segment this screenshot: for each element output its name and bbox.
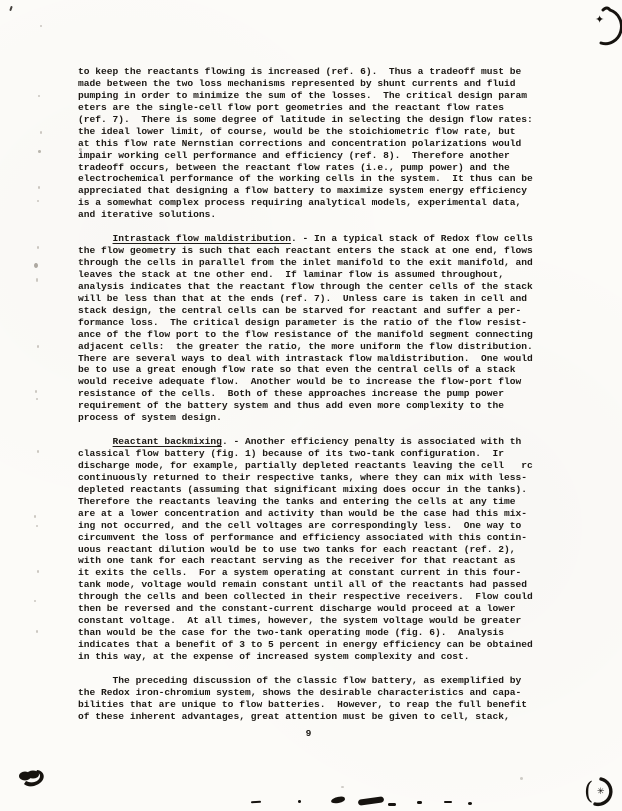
scan-speck (80, 259, 83, 262)
ink-smudge (358, 796, 385, 806)
text-line: (ref. 7). There is some degree of latitu… (78, 114, 548, 126)
text-line: formance loss. The critical design param… (78, 317, 548, 329)
bottom-left-ink-blot (16, 768, 56, 794)
ink-smudge (388, 803, 396, 806)
text-line: would receive adequate flow. Another wou… (78, 376, 548, 388)
scan-speck (36, 630, 38, 633)
scan-speck (36, 278, 38, 282)
text-line: continuously returned to their respectiv… (78, 472, 548, 484)
text-line: it exits the cells. For a system operati… (78, 567, 548, 579)
scan-speck (37, 570, 39, 573)
text-line: constant voltage. At all times, however,… (78, 615, 548, 627)
scan-speck (34, 263, 38, 268)
text-line: made between the two loss mechanisms rep… (78, 78, 548, 90)
scan-speck (38, 95, 40, 97)
text-line: appreciated that designing a flow batter… (78, 185, 548, 197)
scan-speck (79, 148, 82, 151)
text-line: at this flow rate Nernstian corrections … (78, 138, 548, 150)
ink-smudge (251, 801, 261, 804)
text-line: are at a lower concentration and activit… (78, 508, 548, 520)
text-line: indicates that a benefit of 3 to 5 perce… (78, 639, 548, 651)
ink-scribble-icon (16, 768, 56, 794)
scan-speck (37, 345, 39, 348)
text-line: the ideal lower limit, of course, would … (78, 126, 548, 138)
text-line: leaves the stack at tne other end. If la… (78, 269, 548, 281)
ink-smudge (331, 796, 346, 804)
ink-smudge (468, 802, 472, 805)
text-line: and iterative solutions. (78, 209, 548, 221)
text-line: electrochemical performance of the worki… (78, 173, 548, 185)
text-line: in this way, at the expense of increased… (78, 651, 548, 663)
scan-speck (37, 246, 39, 249)
page-text: to keep the reactants flowing is increas… (78, 66, 548, 723)
text-line: process of system design. (78, 412, 548, 424)
scan-speck (341, 786, 344, 788)
text-line: ing not occurred, and the cell voltages … (78, 520, 548, 532)
text-line: tradeoff occurs, between the reactant fl… (78, 162, 548, 174)
text-line: to keep the reactants flowing is increas… (78, 66, 548, 78)
section-heading: Intrastack flow maldistribution (113, 233, 291, 244)
four-point-star-icon: ✦ (595, 14, 604, 25)
text-line: impair working cell performance and effi… (78, 150, 548, 162)
text-line: with one tank for each reactant serving … (78, 555, 548, 567)
text-line: stack design, the central cells can be s… (78, 305, 548, 317)
text-line: The preceding discussion of the classic … (78, 675, 548, 687)
scan-speck (38, 150, 41, 153)
scan-speck (40, 131, 42, 134)
text-line: There are several ways to deal with intr… (78, 353, 548, 365)
text-line: Intrastack flow maldistribution. - In a … (78, 233, 548, 245)
text-line: be to use a great enough flow rate so th… (78, 364, 548, 376)
text-line: uous reactant dilution would be to use t… (78, 544, 548, 556)
top-right-stamp: ✦ (590, 4, 622, 50)
text-line (78, 221, 548, 233)
text-line: is a somewhat complex process requiring … (78, 197, 548, 209)
scan-speck (520, 777, 523, 780)
section-heading: Reactant backmixing (113, 436, 222, 447)
ink-smudge (417, 801, 422, 804)
text-line: depleted reactants (assuming that signif… (78, 484, 548, 496)
text-line: requirement of the battery system and th… (78, 400, 548, 412)
scan-speck (38, 186, 40, 189)
text-line: resistance of the cells. Both of these a… (78, 388, 548, 400)
scan-speck (34, 515, 36, 518)
scan-speck (35, 390, 37, 393)
text-line: Reactant backmixing. - Another efficienc… (78, 436, 548, 448)
scan-speck (37, 200, 39, 202)
text-line: discharge mode, for example, partially d… (78, 460, 548, 472)
scan-speck (40, 25, 42, 27)
text-line: eters are the single-cell flow port geom… (78, 102, 548, 114)
scan-speck (37, 450, 39, 453)
text-line: the flow geometry is such that each reac… (78, 245, 548, 257)
bold-arc-mark (584, 772, 622, 811)
text-line: Therefore the reactants leaving the tank… (78, 496, 548, 508)
curved-paren-mark (590, 4, 622, 50)
ink-smudge (9, 6, 13, 11)
text-line: will be less than that at the ends (ref.… (78, 293, 548, 305)
text-line: analysis indicates that the reactant flo… (78, 281, 548, 293)
text-line: circumvent the loss of performance and e… (78, 532, 548, 544)
text-line: classical flow battery (fig. 1) because … (78, 448, 548, 460)
scanned-paper-page: to keep the reactants flowing is increas… (0, 0, 622, 811)
text-line: than would be the case for the two-tank … (78, 627, 548, 639)
text-line: ance of the flow port to the flow resist… (78, 329, 548, 341)
ink-smudge (298, 800, 301, 803)
scan-speck (36, 525, 38, 527)
text-line: the Redox iron-chromium system, shows th… (78, 687, 548, 699)
text-line: tank mode, voltage would remain constant… (78, 579, 548, 591)
bottom-right-stamp: ( ✳ (584, 772, 622, 811)
text-line: through the cells and been collected in … (78, 591, 548, 603)
page-number: 9 (78, 728, 539, 739)
text-line: then be reversed and the constant-curren… (78, 603, 548, 615)
scan-speck (36, 398, 38, 400)
text-line (78, 424, 548, 436)
text-line: adjacent cells: the greater the ratio, t… (78, 341, 548, 353)
text-line (78, 663, 548, 675)
text-line: pumping in order to minimize the sum of … (78, 90, 548, 102)
text-line: through the cells in parallel from the i… (78, 257, 548, 269)
text-line: of these inherent advantages, great atte… (78, 711, 548, 723)
text-line: bilities that are unique to flow batteri… (78, 699, 548, 711)
scan-speck (34, 600, 36, 602)
ink-smudge (444, 801, 452, 803)
